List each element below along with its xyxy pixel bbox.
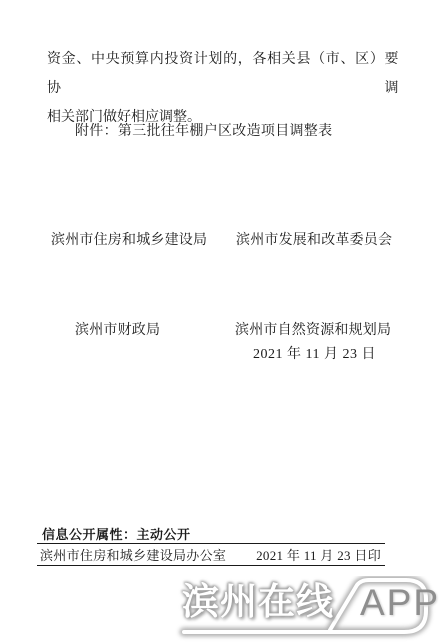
signature-date: 2021 年 11 月 23 日	[253, 345, 376, 365]
watermark-swoosh-icon	[168, 576, 440, 644]
watermark-brand-text: 滨州在线	[182, 580, 334, 624]
print-info-row: 滨州市住房和城乡建设局办公室 2021 年 11 月 23 日印	[37, 546, 385, 566]
paragraph-line-1: 资金、中央预算内投资计划的，各相关县（市、区）要协调	[47, 45, 399, 103]
watermark: 滨州在线 APP	[168, 576, 440, 644]
attachment-line: 附件：第三批往年棚户区改造项目调整表	[75, 117, 332, 146]
disclosure-attribute-text: 信息公开属性：主动公开	[42, 527, 191, 542]
signature-org-natural-resources: 滨州市自然资源和规划局	[235, 321, 391, 341]
watermark-app-text: APP	[360, 581, 440, 625]
print-date-text: 2021 年 11 月 23 日印	[256, 546, 381, 565]
issuing-office-text: 滨州市住房和城乡建设局办公室	[40, 546, 226, 565]
document-page: 资金、中央预算内投资计划的，各相关县（市、区）要协调 相关部门做好相应调整。 附…	[0, 0, 440, 644]
signature-org-development-reform: 滨州市发展和改革委员会	[236, 231, 392, 251]
signature-org-housing-bureau: 滨州市住房和城乡建设局	[51, 231, 207, 251]
disclosure-attribute-row: 信息公开属性：主动公开	[37, 525, 385, 544]
signature-org-finance-bureau: 滨州市财政局	[75, 321, 160, 341]
